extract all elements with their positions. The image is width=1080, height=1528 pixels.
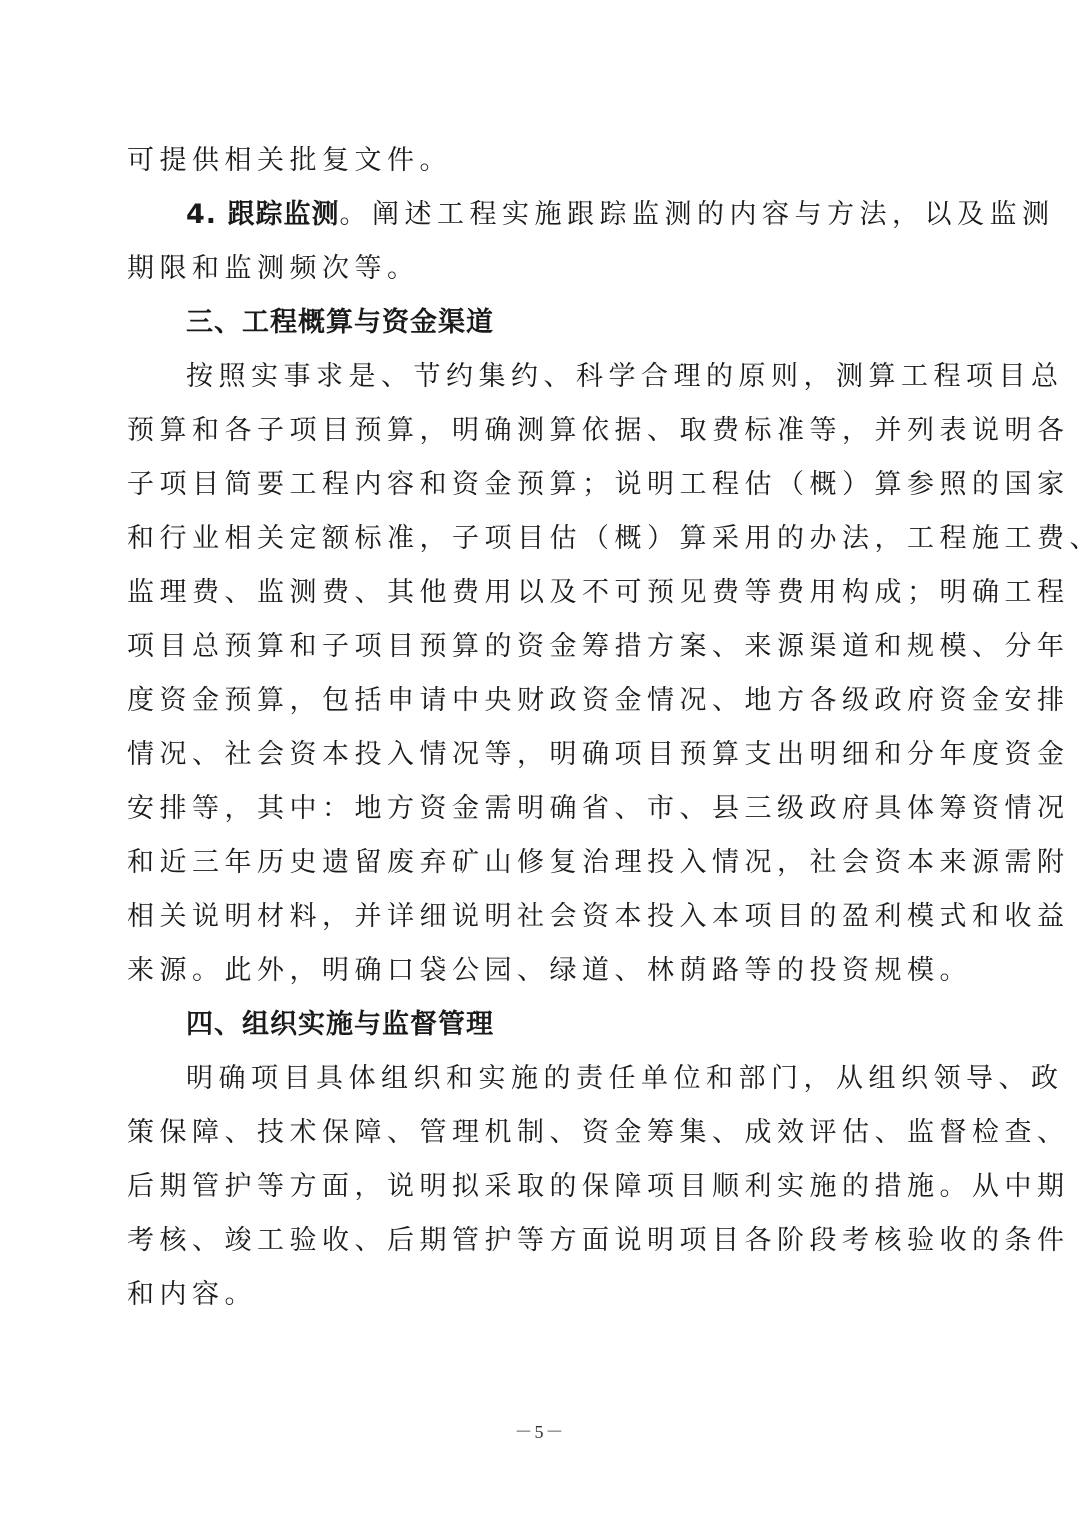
paragraph-line: 和内容。 <box>127 1268 957 1322</box>
paragraph-line: 度资金预算，包括申请中央财政资金情况、地方各级政府资金安排 <box>127 674 957 728</box>
paragraph-line: 监理费、监测费、其他费用以及不可预见费等费用构成；明确工程 <box>127 566 957 620</box>
paragraph-line: 后期管护等方面，说明拟采取的保障项目顺利实施的措施。从中期 <box>127 1160 957 1214</box>
item-4-text: 。阐述工程实施跟踪监测的内容与方法，以及监测 <box>339 199 1054 230</box>
paragraph-line: 安排等，其中：地方资金需明确省、市、县三级政府具体筹资情况 <box>127 782 957 836</box>
paragraph-line: 来源。此外，明确口袋公园、绿道、林荫路等的投资规模。 <box>127 944 957 998</box>
section-3-heading: 三、工程概算与资金渠道 <box>127 296 957 350</box>
paragraph-line: 可提供相关批复文件。 <box>127 134 957 188</box>
section-4-heading: 四、组织实施与监督管理 <box>127 998 957 1052</box>
paragraph-line: 考核、竣工验收、后期管护等方面说明项目各阶段考核验收的条件 <box>127 1214 957 1268</box>
paragraph-line: 情况、社会资本投入情况等，明确项目预算支出明细和分年度资金 <box>127 728 957 782</box>
paragraph-line: 按照实事求是、节约集约、科学合理的原则，测算工程项目总 <box>127 350 957 404</box>
document-page: 可提供相关批复文件。 4. 跟踪监测。阐述工程实施跟踪监测的内容与方法，以及监测… <box>127 134 957 1322</box>
paragraph-line: 子项目简要工程内容和资金预算；说明工程估（概）算参照的国家 <box>127 458 957 512</box>
paragraph-line: 明确项目具体组织和实施的责任单位和部门，从组织领导、政 <box>127 1052 957 1106</box>
item-4-lead: 4. 跟踪监测 <box>186 199 339 230</box>
item-4-first-line: 4. 跟踪监测。阐述工程实施跟踪监测的内容与方法，以及监测 <box>127 188 957 242</box>
paragraph-line: 期限和监测频次等。 <box>127 242 957 296</box>
paragraph-line: 和行业相关定额标准，子项目估（概）算采用的办法，工程施工费、 <box>127 512 957 566</box>
paragraph-line: 项目总预算和子项目预算的资金筹措方案、来源渠道和规模、分年 <box>127 620 957 674</box>
paragraph-line: 策保障、技术保障、管理机制、资金筹集、成效评估、监督检查、 <box>127 1106 957 1160</box>
page-number: －5－ <box>0 1418 1080 1444</box>
paragraph-line: 预算和各子项目预算，明确测算依据、取费标准等，并列表说明各 <box>127 404 957 458</box>
paragraph-line: 和近三年历史遗留废弃矿山修复治理投入情况，社会资本来源需附 <box>127 836 957 890</box>
paragraph-line: 相关说明材料，并详细说明社会资本投入本项目的盈利模式和收益 <box>127 890 957 944</box>
